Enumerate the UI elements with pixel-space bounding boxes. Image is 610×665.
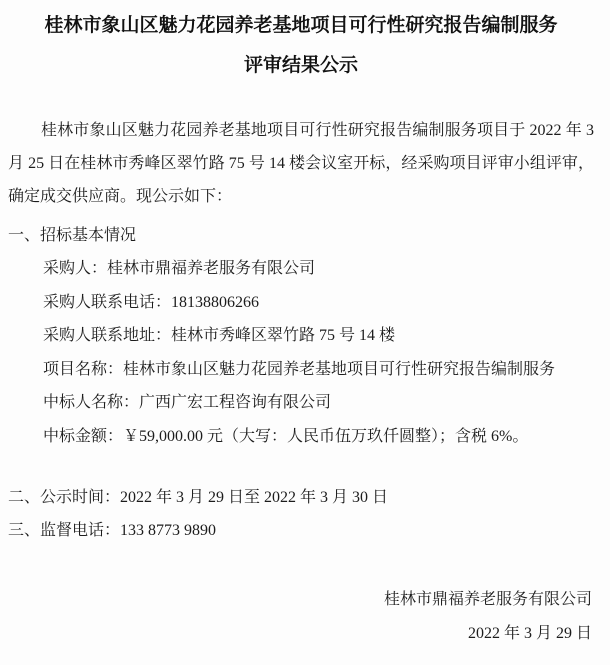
- document-title-line2: 评审结果公示: [8, 46, 594, 86]
- field-row-winning-amount: 中标金额：￥59,000.00 元（大写：人民币伍万玖仟圆整）；含税 6%。: [43, 420, 594, 454]
- field-label: 采购人联系地址：: [43, 327, 171, 344]
- section-heading-bid-info: 一、招标基本情况: [8, 219, 594, 252]
- field-value: ￥59,000.00 元（大写：人民币伍万玖仟圆整）；含税 6%。: [123, 428, 528, 445]
- field-value: 桂林市鼎福养老服务有限公司: [107, 260, 315, 277]
- field-value: 桂林市象山区魅力花园养老基地项目可行性研究报告编制服务: [123, 361, 555, 378]
- field-label: 项目名称：: [43, 361, 123, 378]
- field-value: 桂林市秀峰区翠竹路 75 号 14 楼: [171, 327, 395, 344]
- section-supervision-phone: 三、监督电话：133 8773 9890: [8, 514, 594, 547]
- field-value: 广西广宏工程咨询有限公司: [139, 394, 331, 411]
- field-value: 18138806266: [171, 294, 259, 311]
- field-row-purchaser-address: 采购人联系地址：桂林市秀峰区翠竹路 75 号 14 楼: [43, 319, 594, 353]
- document-title: 桂林市象山区魅力花园养老基地项目可行性研究报告编制服务 评审结果公示: [8, 6, 594, 86]
- document-title-line1: 桂林市象山区魅力花园养老基地项目可行性研究报告编制服务: [8, 6, 594, 46]
- signature-block: 桂林市鼎福养老服务有限公司 2022 年 3 月 29 日: [8, 583, 594, 651]
- field-row-winner-name: 中标人名称：广西广宏工程咨询有限公司: [43, 386, 594, 420]
- field-row-purchaser-phone: 采购人联系电话：18138806266: [43, 286, 594, 320]
- field-row-project-name: 项目名称：桂林市象山区魅力花园养老基地项目可行性研究报告编制服务: [43, 353, 594, 387]
- field-label: 中标人名称：: [43, 394, 139, 411]
- field-row-purchaser: 采购人：桂林市鼎福养老服务有限公司: [43, 252, 594, 286]
- intro-paragraph: 桂林市象山区魅力花园养老基地项目可行性研究报告编制服务项目于 2022 年 3 …: [8, 114, 594, 213]
- notice-document: 桂林市象山区魅力花园养老基地项目可行性研究报告编制服务 评审结果公示 桂林市象山…: [0, 0, 610, 665]
- field-label: 中标金额：: [43, 428, 123, 445]
- signature-company: 桂林市鼎福养老服务有限公司: [8, 583, 592, 617]
- field-label: 采购人联系电话：: [43, 294, 171, 311]
- field-label: 采购人：: [43, 260, 107, 277]
- bid-info-field-list: 采购人：桂林市鼎福养老服务有限公司 采购人联系电话：18138806266 采购…: [43, 252, 594, 453]
- section-publicity-period: 二、公示时间：2022 年 3 月 29 日至 2022 年 3 月 30 日: [8, 481, 594, 514]
- signature-date: 2022 年 3 月 29 日: [8, 617, 592, 651]
